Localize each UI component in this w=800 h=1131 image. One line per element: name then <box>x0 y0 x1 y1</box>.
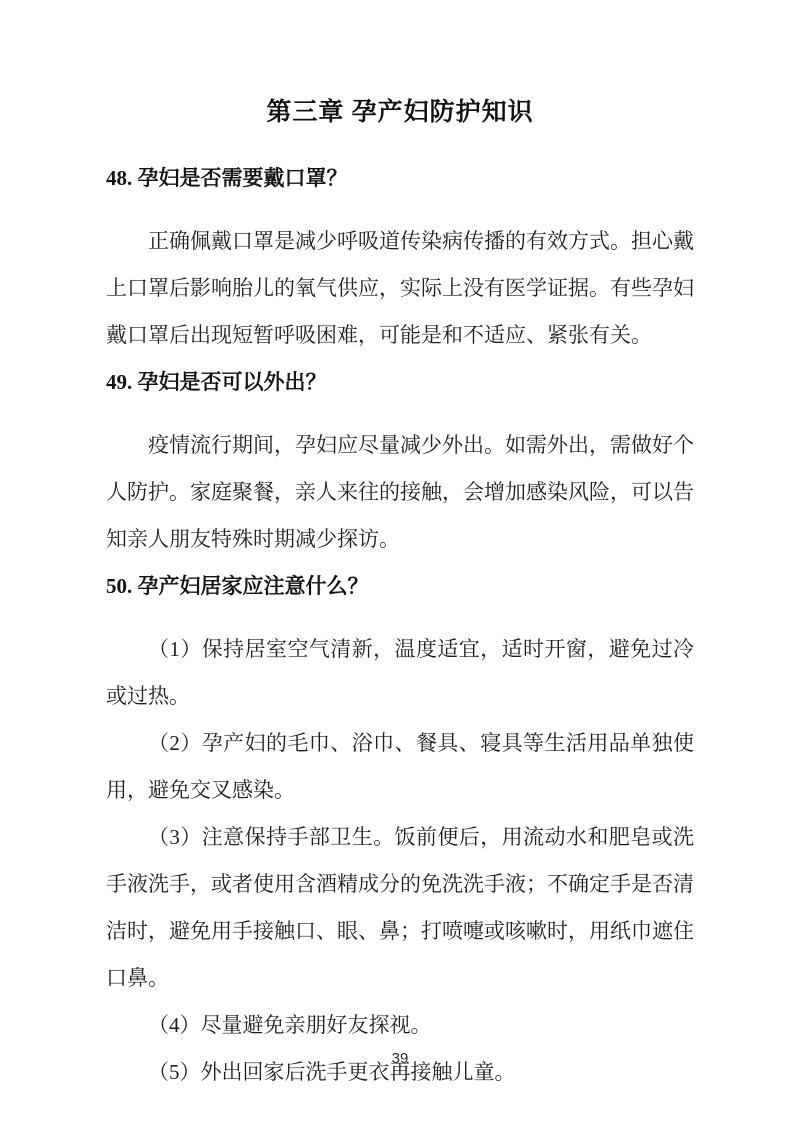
chapter-title: 第三章 孕产妇防护知识 <box>106 96 694 130</box>
question-50-list-item-3: （3）注意保持手部卫生。饭前便后，用流动水和肥皂或洗手液洗手，或者使用含酒精成分… <box>106 814 694 1002</box>
question-49-heading: 49. 孕妇是否可以外出？ <box>106 359 694 406</box>
document-page: 第三章 孕产妇防护知识 48. 孕妇是否需要戴口罩？ 正确佩戴口罩是减少呼吸道传… <box>0 0 800 1131</box>
page-number: 39 <box>0 1050 800 1067</box>
question-48-heading: 48. 孕妇是否需要戴口罩？ <box>106 155 694 202</box>
question-48-answer-paragraph: 正确佩戴口罩是减少呼吸道传染病传播的有效方式。担心戴上口罩后影响胎儿的氧气供应，… <box>106 218 694 359</box>
question-50-list-item-2: （2）孕产妇的毛巾、浴巾、餐具、寝具等生活用品单独使用，避免交叉感染。 <box>106 720 694 814</box>
question-50-heading: 50. 孕产妇居家应注意什么？ <box>106 563 694 610</box>
page-content: 第三章 孕产妇防护知识 48. 孕妇是否需要戴口罩？ 正确佩戴口罩是减少呼吸道传… <box>0 0 800 1096</box>
section-q50: 50. 孕产妇居家应注意什么？ （1）保持居室空气清新，温度适宜，适时开窗，避免… <box>106 563 694 1096</box>
question-50-list-item-1: （1）保持居室空气清新，温度适宜，适时开窗，避免过冷或过热。 <box>106 626 694 720</box>
question-50-list-item-4: （4）尽量避免亲朋好友探视。 <box>106 1002 694 1049</box>
section-q48: 48. 孕妇是否需要戴口罩？ 正确佩戴口罩是减少呼吸道传染病传播的有效方式。担心… <box>106 155 694 359</box>
question-49-answer-paragraph: 疫情流行期间，孕妇应尽量减少外出。如需外出，需做好个人防护。家庭聚餐，亲人来往的… <box>106 422 694 563</box>
section-q49: 49. 孕妇是否可以外出？ 疫情流行期间，孕妇应尽量减少外出。如需外出，需做好个… <box>106 359 694 563</box>
